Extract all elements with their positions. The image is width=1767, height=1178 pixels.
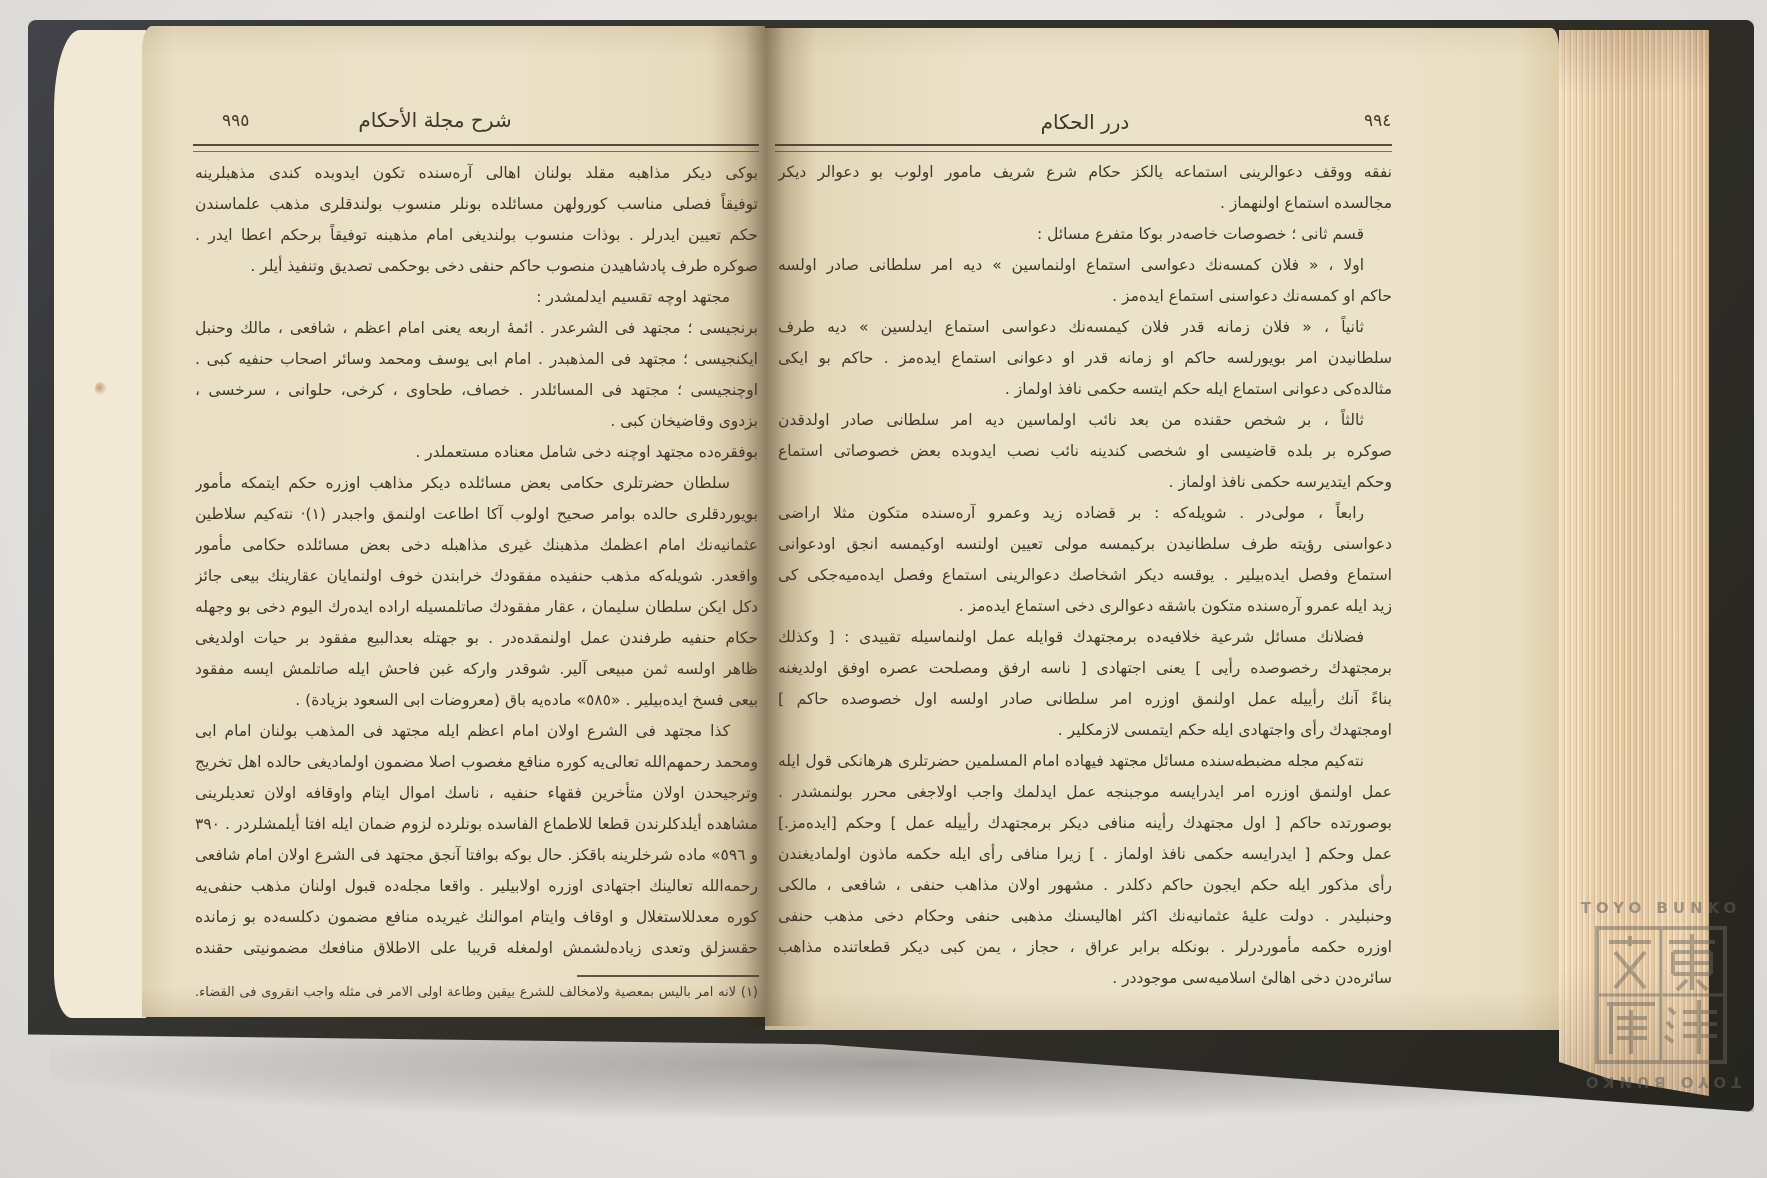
text-line: حقسزلق وتعدى زياده‌لشمش اولمغله قريبا عل…: [195, 933, 758, 964]
text-line: دكل ايكن سلطان سليمان ، عقار مفقودك صاتل…: [195, 592, 758, 623]
text-line: صوكره بر بلده قاضيسى او شخصى كندينه نائب…: [778, 436, 1392, 467]
text-line: بيعى فسخ ايده‌بيلير . «٥٨٥» ماده‌يه باق …: [195, 685, 758, 716]
right-header-rule: [775, 144, 1392, 152]
text-line: مجتهد اوچه تقسيم ايدلمشدر :: [195, 282, 758, 313]
text-line: سلطانيدن امر بويورلسه حاكم او زمانه قدر …: [778, 343, 1392, 374]
text-line: نفقه ووقف دعوالرينى استماعه يالكز حكام ش…: [778, 157, 1392, 188]
text-line: حكام حنفيه طرفندن عمل اولنمقده‌در . بو ج…: [195, 623, 758, 654]
footnote-text: (١) لانه امر باليس بمعصية ولامخالف للشرع…: [195, 984, 758, 1006]
text-line: بوكى ديكر مذاهبه مقلد بولنان اهالى آره‌س…: [195, 158, 758, 189]
text-line: اومجتهدك رأى واجتهادى ايله حكم ايتمسى لا…: [778, 715, 1392, 746]
right-page-number: ٩٩٤: [1364, 111, 1391, 131]
text-line: بزدوى وقاضيخان كبى .: [195, 406, 758, 437]
text-line: كذا مجتهد فى الشرع اولان امام اعظم ايله …: [195, 716, 758, 747]
text-line: اوزره حكمه مأموردرلر . بونكله برابر عراق…: [778, 932, 1392, 963]
text-line: مشاهده أيلدكلرندن قطعا للاطماع الفاسده ب…: [195, 809, 758, 840]
text-line: بناءً آنك رأييله عمل اولنمق اوزره امر سل…: [778, 684, 1392, 715]
footnote-rule: [577, 975, 759, 977]
text-line: حاكم او كمسه‌نك دعواسنى استماع ايده‌مز .: [778, 281, 1392, 312]
text-line: كوره معدللاستغلال و اوقاف وايتام اموالنك…: [195, 902, 758, 933]
text-line: مثالده‌كى دعوانى استماع ايله حكم ايتسه ح…: [778, 374, 1392, 405]
toyo-bunko-seal-icon: [1595, 926, 1727, 1064]
text-line: حكم تعيين ايدرلر . بوذات منسوب بولنديغى …: [195, 220, 758, 251]
text-line: ثانياً ، « فلان زمانه قدر فلان كيمسه‌نك …: [778, 312, 1392, 343]
text-line: اوچنجيسى ؛ مجتهد فى المسائلدر . خصاف، طح…: [195, 375, 758, 406]
book-photograph: ٩٩٥ شرح مجلة الأحكام بوكى ديكر مذاهبه مق…: [0, 0, 1767, 1178]
text-line: بوصورتده حاكم [ اول مجتهدك رأينه منافى د…: [778, 808, 1392, 839]
text-line: سائره‌دن دخى اهالئ اسلاميه‌سى موجوددر .: [778, 963, 1392, 994]
text-line: برمجتهدك رخصوصده رأيى ] يعنى اجتهادى [ ن…: [778, 653, 1392, 684]
text-line: ايكنجيسى ؛ مجتهد فى المذهبدر . امام ابى …: [195, 344, 758, 375]
text-line: عمل اولنمق اوزره امر ايدرايسه موجبنجه عم…: [778, 777, 1392, 808]
text-line: ومحمد رحمهم‌الله تعالى‌يه كوره منافع مغص…: [195, 747, 758, 778]
right-page-text: نفقه ووقف دعوالرينى استماعه يالكز حكام ش…: [778, 157, 1392, 994]
text-line: عمل وحكم [ ايدرايسه حكمى نافذ اولماز . ]…: [778, 839, 1392, 870]
watermark-text-top: TOYO BUNKO: [1562, 899, 1760, 917]
text-line: قسم ثانى ؛ خصوصات خاصه‌در بوكا متفرع مسا…: [778, 219, 1392, 250]
left-header-rule: [193, 144, 759, 152]
page-stain: [95, 382, 106, 396]
text-line: توفيقاً فصلى مناسب كورولهن مسائلده بونلر…: [195, 189, 758, 220]
text-line: استماع وفصل ايده‌بيلير . يوقسه ديكر اشخا…: [778, 560, 1392, 591]
seal-glyphs-icon: [1599, 930, 1723, 1060]
text-line: مجالسده استماع اولنهماز .: [778, 188, 1392, 219]
left-running-title: شرح مجلة الأحكام: [328, 108, 542, 132]
text-line: وحنبليدر . دولت عليهٔ عثمانيه‌نك اكثر اه…: [778, 901, 1392, 932]
toyo-bunko-watermark: TOYO BUNKO TOYO BUNKO: [1562, 899, 1760, 1091]
text-line: رأى مذكور ايله حكم ايجون حاكم دكلدر . مش…: [778, 870, 1392, 901]
text-line: رابعاً ، مولى‌در . شويله‌كه : بر قضاده ز…: [778, 498, 1392, 529]
text-line: و ٥٩٦» ماده شرخلرينه باقكز. حال بوكه بوا…: [195, 840, 758, 871]
text-line: سلطان حضرتلرى حكامى بعض مسائلده ديكر مذا…: [195, 468, 758, 499]
text-line: وحكم ايتديرسه حكمى نافذ اولماز .: [778, 467, 1392, 498]
text-line: بويوردقلرى حالده بوامر صحيح اولوب آكا اط…: [195, 499, 758, 530]
left-page-number: ٩٩٥: [222, 111, 249, 131]
left-page-stack-edge: [54, 30, 146, 1018]
text-line: دعواسنى رؤيته طرف سلطانيدن بركيمسه مولى …: [778, 529, 1392, 560]
text-line: فضلانك مسائل شرعية خلافيه‌ده برمجتهدك قو…: [778, 622, 1392, 653]
right-running-title: درر الحكام: [1000, 110, 1170, 134]
text-line: بوفقره‌ده مجتهد اوچنه دخى شامل معناده مس…: [195, 437, 758, 468]
text-line: واقعدر. شويله‌كه مذهب حنفيده مفقودك خراب…: [195, 561, 758, 592]
watermark-text-bottom: TOYO BUNKO: [1562, 1073, 1760, 1091]
text-line: برنجيسى ؛ مجتهد فى الشرعدر . ائمهٔ اربعه…: [195, 313, 758, 344]
text-line: عثمانيه‌نك امام اعظمك مذهبنك غيرى مذاهبل…: [195, 530, 758, 561]
text-line: نته‌كيم مجله مضبطه‌سنده مسائل مجتهد فيها…: [778, 746, 1392, 777]
text-line: ثالثاً ، بر شخص حقنده من بعد نائب اولماس…: [778, 405, 1392, 436]
text-line: رحمه‌الله تعالينك اجتهادى اوزره اولابيلي…: [195, 871, 758, 902]
text-line: اولا ، « فلان كمسه‌نك دعواسى استماع اولن…: [778, 250, 1392, 281]
left-page-text: بوكى ديكر مذاهبه مقلد بولنان اهالى آره‌س…: [195, 158, 758, 964]
text-line: وترجيحدن اولان متأخرين فقهاء حنفيه ، ناس…: [195, 778, 758, 809]
text-line: صوكره طرف پادشاهيدن منصوب حاكم حنفى دخى …: [195, 251, 758, 282]
text-line: ظاهر اولسه ثمن مبيعى آلير. شوقدر واركه غ…: [195, 654, 758, 685]
text-line: زيد ايله عمرو آره‌سنده متكون باشقه دعوال…: [778, 591, 1392, 622]
